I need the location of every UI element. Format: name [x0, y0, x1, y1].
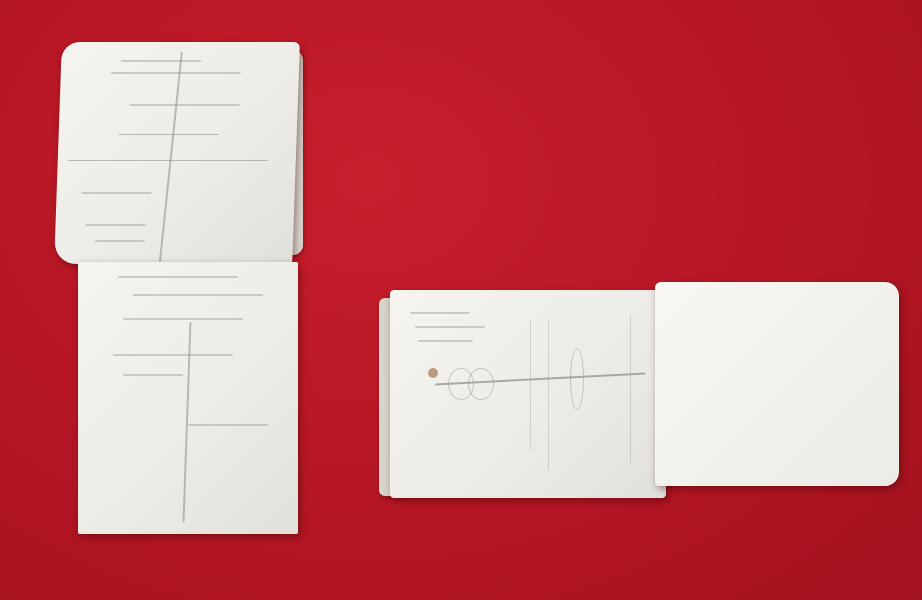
left-notebook-bottom-page — [78, 262, 298, 534]
left-notebook-top-page — [54, 42, 300, 264]
right-notebook-right-page — [655, 282, 899, 486]
right-notebook-left-page — [390, 290, 666, 498]
